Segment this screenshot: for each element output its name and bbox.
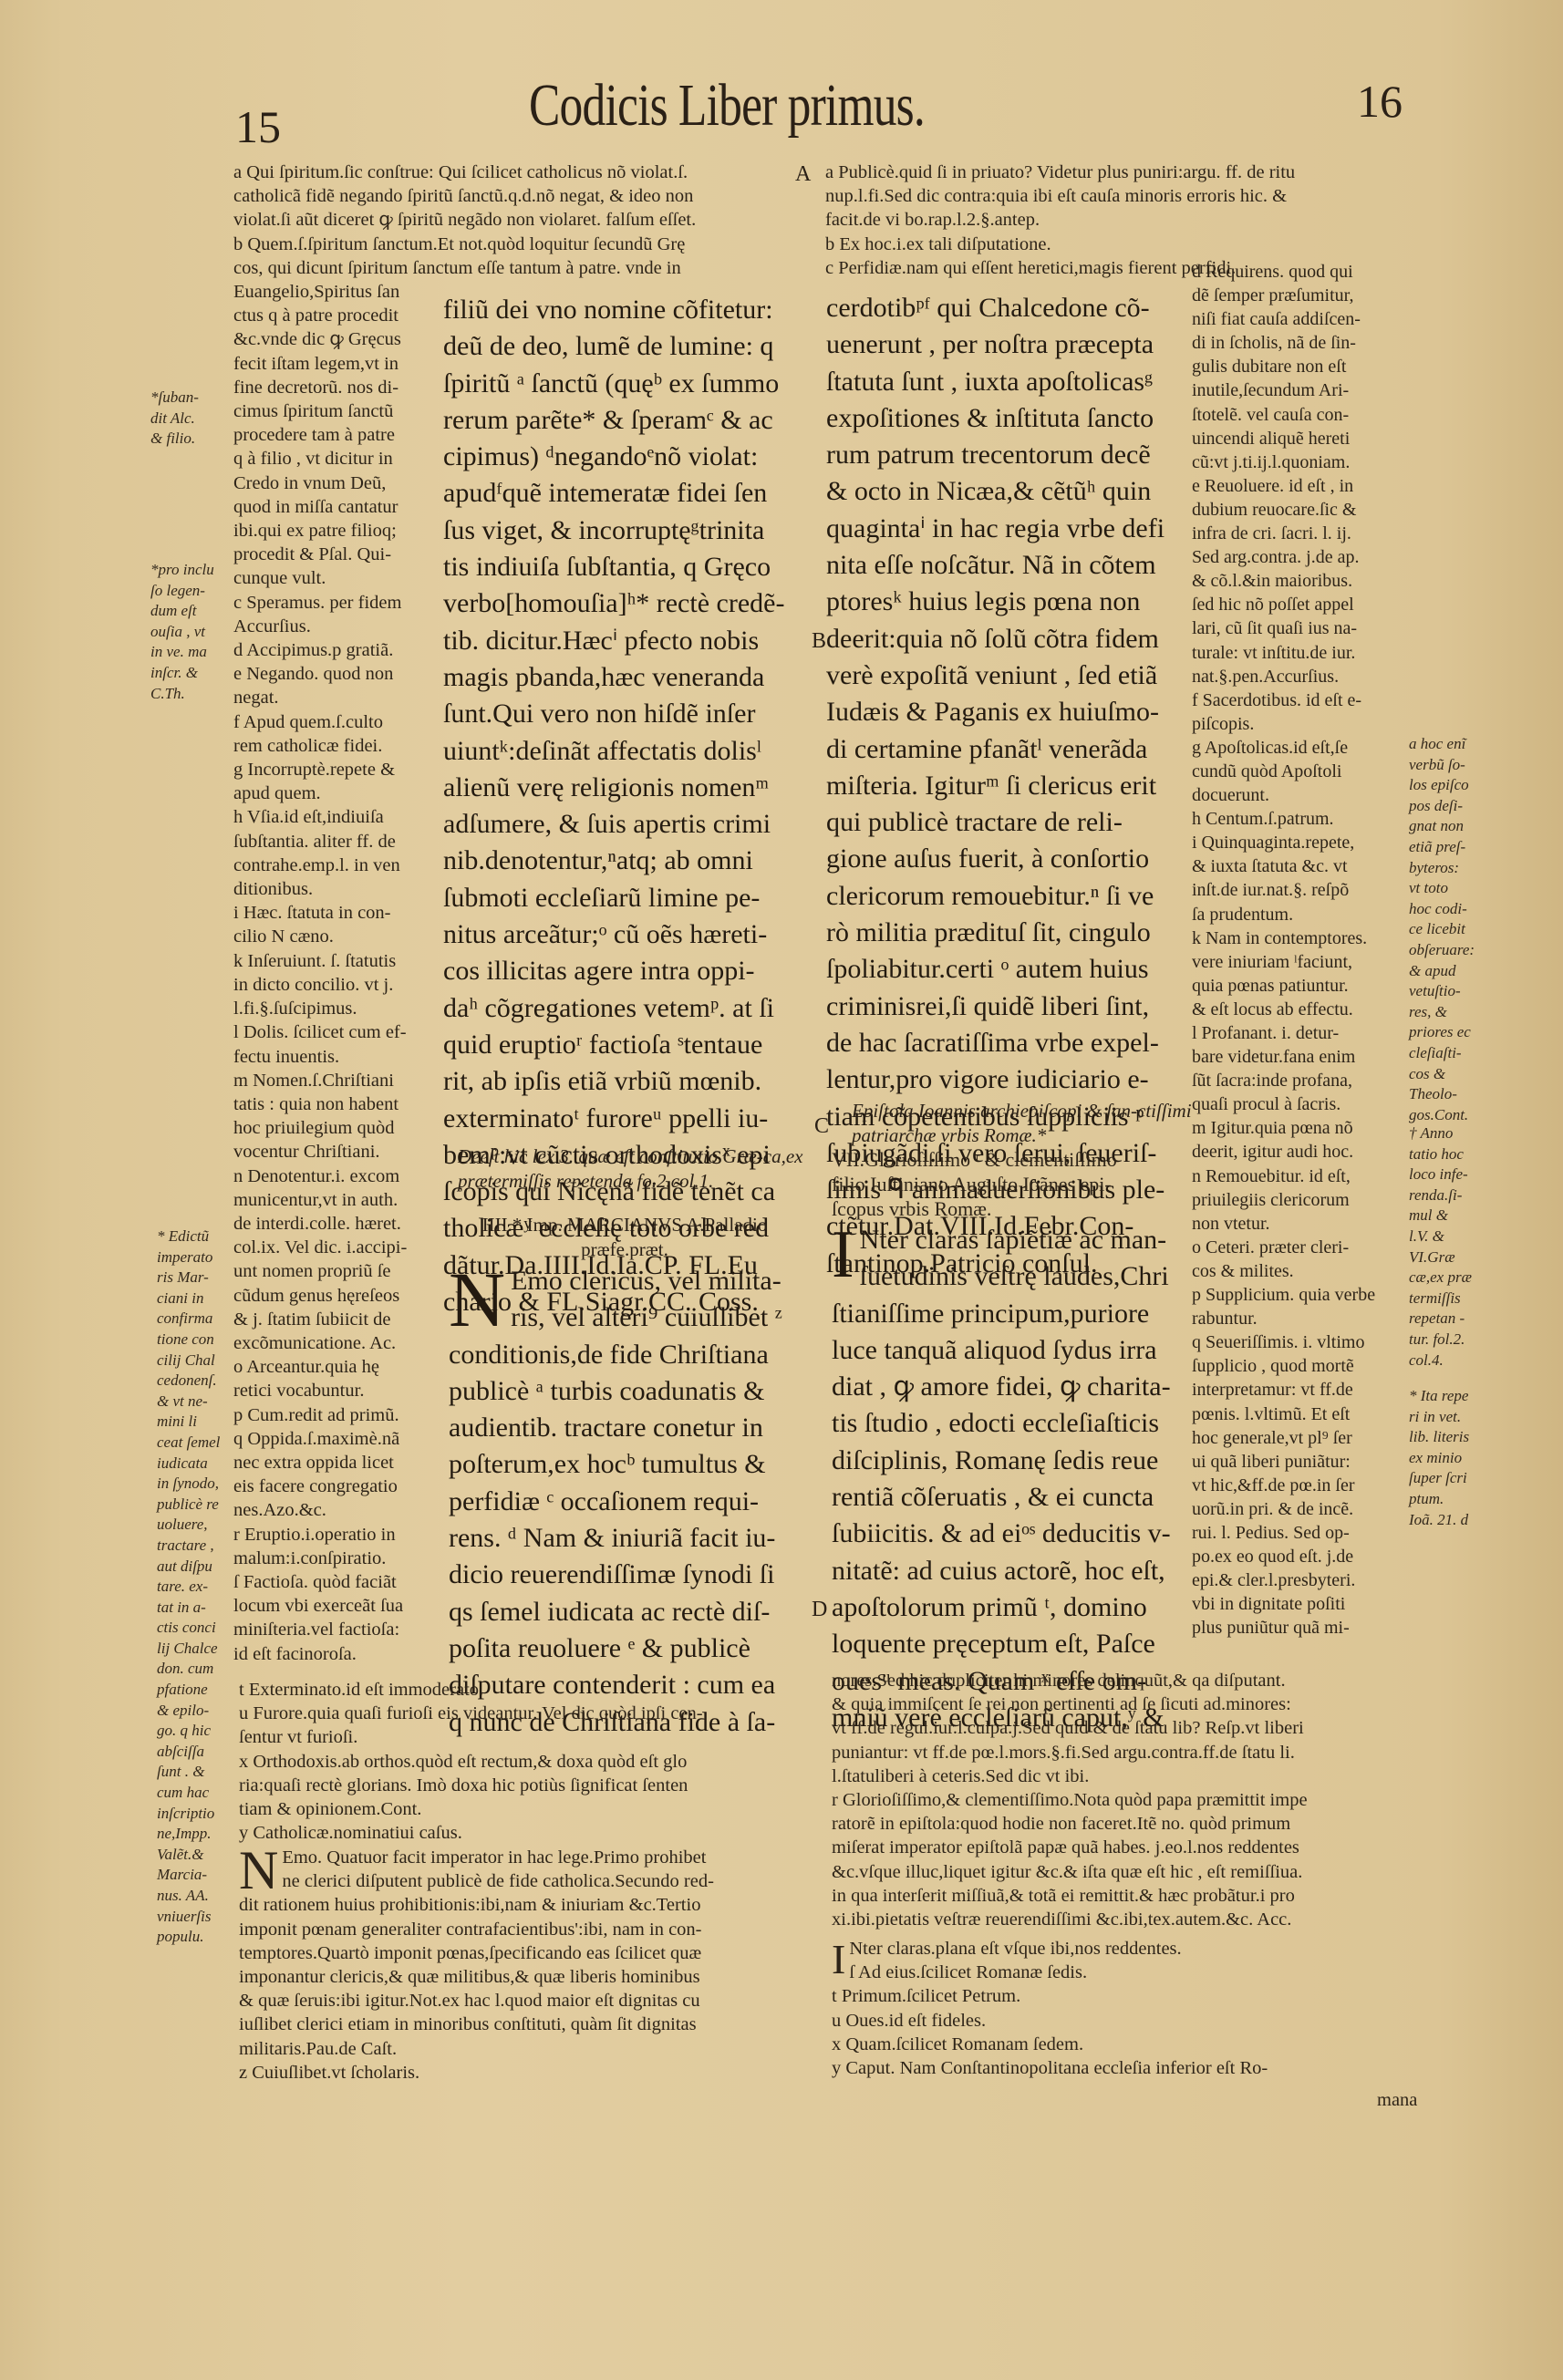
text-line: r Glorioſiſſimo,& clementiſſimo.Nota quò… xyxy=(832,1788,1308,1812)
text-line: conditionis,de fide Chriſtiana xyxy=(449,1337,813,1373)
text-line: publicè ᵃ turbis coadunatis & xyxy=(449,1373,813,1410)
text-line: poſita reuoluere ᵉ & publicè xyxy=(449,1630,813,1667)
text-line: nitatẽ: ad cuius actorẽ, hoc eſt, xyxy=(832,1553,1215,1589)
text-line: priuilegiis clericorum xyxy=(1192,1188,1411,1212)
text-line: quod in miſſa cantatur xyxy=(233,495,443,519)
text-line: nup.l.fi.Sed dic contra:quia ibi eſt cau… xyxy=(825,184,1295,208)
text-line: q Seueriſſimis. i. vltimo xyxy=(1192,1330,1411,1354)
text-line: p Cum.redit ad primũ. xyxy=(233,1403,443,1427)
text-line: IIII.* Imp. MARCIANVS A. xyxy=(482,1214,705,1236)
text-line: Iudæis & Paganis ex huiuſmo- xyxy=(826,694,1209,730)
text-line: † Anno xyxy=(1409,1123,1472,1144)
text-line: Nter claras ſapiẽtiæ ac man- xyxy=(832,1222,1215,1258)
text-line: o Ceteri. præter cleri- xyxy=(1192,1236,1411,1259)
text-line: i Quinquaginta.repete, xyxy=(1192,831,1411,854)
text-line: inutile,ſecundum Ari- xyxy=(1192,378,1411,402)
text-line: excõmunicatione. Ac. xyxy=(233,1331,443,1355)
text-line: temptores.Quartò imponit pœnas,ſpecifica… xyxy=(239,1941,823,1965)
text-line: ſ Ad eius.ſcilicet Romanæ ſedis. xyxy=(832,1961,1415,1984)
text-line: ce licebit xyxy=(1409,919,1475,940)
text-line: ſubſtantia. aliter ff. de xyxy=(233,830,443,854)
text-line: ptum. xyxy=(1409,1489,1469,1510)
text-line: verbo[homouſia]ʰ* rectè credẽ- xyxy=(443,585,808,622)
text-line: & octo in Nicæa,& cẽtũʰ quin xyxy=(826,473,1209,510)
text-line: *pro inclu xyxy=(150,560,214,581)
text-line: ſed hic nõ poſſet appel xyxy=(1192,593,1411,616)
text-line: cos & milites. xyxy=(1192,1259,1411,1283)
text-line: * Ita repe xyxy=(1409,1386,1469,1407)
text-line: vt hic,&ff.de pœ.in ſer xyxy=(1192,1474,1411,1497)
text-line: dit Alc. xyxy=(150,409,199,429)
text-line: cerdotibᵖᶠ qui Chalcedone cõ- xyxy=(826,290,1209,326)
text-line: epi.& cler.l.presbyteri. xyxy=(1192,1568,1411,1592)
text-line: q à filio , vt dicitur in xyxy=(233,447,443,471)
text-line: id eſt facinoroſa. xyxy=(233,1642,443,1666)
folio-number-left: 15 xyxy=(235,100,281,153)
text-line: contrahe.emp.l. in ven xyxy=(233,854,443,877)
text-line: *ſuban- xyxy=(150,388,199,409)
text-line: d Requirens. quod qui xyxy=(1192,260,1411,284)
text-line: diſciplinis, Romanę ſedis reue xyxy=(832,1443,1215,1479)
text-line: uincendi aliquẽ hereti xyxy=(1192,427,1411,450)
text-line: Emo. Quatuor facit imperator in hac lege… xyxy=(239,1846,823,1869)
text-line: Theolo- xyxy=(1409,1084,1475,1105)
text-line: nec extra oppida licet xyxy=(233,1451,443,1475)
text-line: vt ff.de regul.iur.l.culpa.j.Sed quid & … xyxy=(832,1716,1308,1740)
text-line: in ve. ma xyxy=(150,642,214,663)
text-line: vocentur Chriſtiani. xyxy=(233,1140,443,1164)
text-line: VII.Glorioſiſſimo ʳ & clementiſſimo xyxy=(832,1147,1117,1172)
text-line: iudicata xyxy=(157,1454,220,1475)
text-line: publicè re xyxy=(157,1495,220,1516)
text-line: ratorẽ in epiſtola:quod hodie non facere… xyxy=(832,1812,1308,1836)
text-line: eis facere congregatio xyxy=(233,1475,443,1498)
text-line: cos, qui dicunt ſpiritum ſanctum eſſe ta… xyxy=(233,256,696,280)
text-line: m Nomen.ſ.Chriſtiani xyxy=(233,1069,443,1092)
drop-cap-n-gloss: N xyxy=(239,1847,278,1893)
text-line: mini li xyxy=(157,1412,220,1433)
text-line: Euangelio,Spiritus ſan xyxy=(233,280,443,304)
text-line: cũdum genus hęreſeos xyxy=(233,1284,443,1308)
text-line: & iuxta ſtatuta &c. vt xyxy=(1192,854,1411,878)
margin-note-2: *pro incluſo legen-dum eſtouſia , vtin v… xyxy=(150,560,214,704)
text-line: infra de cri. ſacri. l. ij. xyxy=(1192,522,1411,545)
text-line: ditionibus. xyxy=(233,877,443,901)
text-line: vere iniuriam ˡfaciunt, xyxy=(1192,950,1411,974)
margin-note-right-3: * Ita reperi in vet.lib. literisex minio… xyxy=(1409,1386,1469,1530)
section-letter-a: A xyxy=(795,162,811,187)
text-line: ex minio xyxy=(1409,1448,1469,1469)
text-line: municentur,vt in auth. xyxy=(233,1188,443,1212)
text-line: catholicã fidẽ negando ſpiritũ ſanctũ.q.… xyxy=(233,184,696,208)
text-line: perfidiæ ᶜ occaſionem requi- xyxy=(449,1484,813,1520)
text-line: hoc generale,vt pl⁹ ſer xyxy=(1192,1426,1411,1450)
text-line: ria:quaſi rectè glorians. Imò doxa hic p… xyxy=(239,1774,703,1797)
text-line: dẽ ſemper præſumitur, xyxy=(1192,284,1411,307)
text-line: ſũt ſacra:inde profana, xyxy=(1192,1069,1411,1092)
text-line: obſeruare: xyxy=(1409,940,1475,961)
epistle-text-block: I Nter claras ſapiẽtiæ ac man-ſuetudinis… xyxy=(832,1222,1215,1736)
text-line: VI.Græ xyxy=(1409,1247,1472,1268)
text-line: lentur,pro vigore iudiciario e- xyxy=(826,1061,1209,1098)
text-line: deũ de deo, lumẽ de lumine: q xyxy=(443,328,808,365)
text-line: & quia immiſcent ſe rei non pertinenti a… xyxy=(832,1692,1308,1716)
text-line: fecit iſtam legem,vt in xyxy=(233,352,443,376)
text-line: abſciſſa xyxy=(157,1742,220,1763)
text-line: vbi in dignitate poſiti xyxy=(1192,1592,1411,1616)
law-text-block: N Emo clericus, vel milita-ris, vel alte… xyxy=(449,1263,813,1741)
text-line: l Profanant. i. detur- xyxy=(1192,1021,1411,1045)
text-line: ſtotelẽ. vel cauſa con- xyxy=(1192,403,1411,427)
text-line: lari, cũ ſit quaſi ius na- xyxy=(1192,616,1411,640)
text-line: ſupplicio , quod mortẽ xyxy=(1192,1354,1411,1378)
text-line: pos deſi- xyxy=(1409,796,1475,817)
text-line: hoc codi- xyxy=(1409,899,1475,920)
text-line: i Hæc. ſtatuta in con- xyxy=(233,901,443,925)
text-line: luce tanquã aliquod ſydus irra xyxy=(832,1332,1215,1369)
text-line: uiuntᵏ:deſinãt affectatis dolisˡ xyxy=(443,733,808,770)
text-line: malum:i.conſpiratio. xyxy=(233,1547,443,1570)
text-line: tat in a- xyxy=(157,1598,220,1619)
text-line: ciani in xyxy=(157,1288,220,1309)
text-line: po.ex eo quod eſt. j.de xyxy=(1192,1545,1411,1568)
text-line: cundũ quòd Apoſtoli xyxy=(1192,760,1411,783)
text-line: &c.vſque illuc,liquet igitur &c.& iſta q… xyxy=(832,1860,1308,1884)
text-line: ſpiritũ ᵃ ſanctũ (quęᵇ ex ſummo xyxy=(443,366,808,402)
text-line: tare. ex- xyxy=(157,1577,220,1598)
text-line: nores.Sed hic dupliciter hi minores deli… xyxy=(832,1669,1308,1692)
text-line: loco infe- xyxy=(1409,1164,1472,1185)
text-line: dit rationem huius prohibitionis:ibi,nam… xyxy=(239,1893,823,1917)
text-line: nes.Azo.&c. xyxy=(233,1498,443,1522)
text-line: ſ Factioſa. quòd faciãt xyxy=(233,1570,443,1594)
left-gloss-top: a Qui ſpiritum.ſic conſtrue: Qui ſcilice… xyxy=(233,160,696,280)
text-line: Credo in vnum Deũ, xyxy=(233,471,443,495)
text-line: & quæ ſeruis:ibi igitur.Not.ex hac l.quo… xyxy=(239,1989,823,2013)
text-line: y Caput. Nam Conſtantinopolitana eccleſi… xyxy=(832,2056,1415,2080)
text-line: uenerunt , per noſtra præcepta xyxy=(826,326,1209,363)
text-line: don. cum xyxy=(157,1659,220,1680)
text-line: gione auſus fuerit, à conſortio xyxy=(826,841,1209,877)
text-line: t Primum.ſcilicet Petrum. xyxy=(832,1984,1415,2008)
text-line: cunque vult. xyxy=(233,566,443,590)
gloss-bottom-para-text: Emo. Quatuor facit imperator in hac lege… xyxy=(239,1846,823,2085)
text-line: facit.de vi bo.rap.l.2.§.antep. xyxy=(825,208,1295,232)
text-line: ſuetudinis veſtrę laudes,Chri xyxy=(832,1258,1215,1295)
text-line: piſcopis. xyxy=(1192,712,1411,736)
text-line: x Orthodoxis.ab orthos.quòd eſt rectum,&… xyxy=(239,1750,703,1774)
text-line: l.ſtatuliberi à ceteris.Sed dic vt ibi. xyxy=(832,1764,1308,1788)
running-title: Codicis Liber primus. xyxy=(529,71,925,140)
text-line: in ſynodo, xyxy=(157,1474,220,1495)
text-line: violat.ſi aũt diceret ꝙ ſpiritũ negãdo n… xyxy=(233,208,696,232)
text-line: procedere tam à patre xyxy=(233,423,443,447)
text-line: ſa prudentum. xyxy=(1192,903,1411,926)
text-line: imponit pœnam generaliter contrafacienti… xyxy=(239,1918,823,1941)
text-line: gulis dubitare non eſt xyxy=(1192,355,1411,378)
law-heading: IIII.* Imp. MARCIANVS A.Palladio præfe.p… xyxy=(447,1213,802,1262)
text-line: ſus viget, & incorruptęᵍtrinita xyxy=(443,512,808,549)
text-line: procedit & Pſal. Qui- xyxy=(233,543,443,566)
folio-number-right: 16 xyxy=(1357,75,1403,128)
text-line: uoluere, xyxy=(157,1515,220,1536)
text-line: de hac ſacratiſſima vrbe expel- xyxy=(826,1025,1209,1061)
text-line: alienũ verę religionis nomenᵐ xyxy=(443,770,808,806)
text-line: expoſitiones & inſtituta ſancto xyxy=(826,400,1209,437)
text-line: inſcr. & xyxy=(150,663,214,684)
text-line: clericorum remouebitur.ⁿ ſi ve xyxy=(826,878,1209,915)
text-line: miniſteria.vel factioſa: xyxy=(233,1618,443,1641)
text-line: u Furore.quia quaſi furioſi eis videantu… xyxy=(239,1702,703,1725)
text-line: quid eruptioʳ factioſa ˢtentaue xyxy=(443,1027,808,1063)
text-line: byteros: xyxy=(1409,858,1475,879)
text-line: x Quam.ſcilicet Romanam ſedem. xyxy=(832,2033,1415,2056)
text-line: fine decretorũ. nos di- xyxy=(233,376,443,399)
text-line: populu. xyxy=(157,1927,220,1948)
text-line: Deeſt hic lex 3. quæ eſt conſtitutio Græ… xyxy=(458,1145,763,1167)
text-line: & epilo- xyxy=(157,1701,220,1722)
drop-cap-n: N xyxy=(449,1267,505,1332)
text-line: m Igitur.quia pœna nõ xyxy=(1192,1116,1411,1140)
text-line: imperato xyxy=(157,1247,220,1268)
text-line: ibi.qui ex patre filioq; xyxy=(233,519,443,543)
text-line: pfatione xyxy=(157,1680,220,1701)
text-line: &c.vnde dic ꝙ Gręcus xyxy=(233,327,443,351)
left-gloss-bottom-para: N Emo. Quatuor facit imperator in hac le… xyxy=(239,1846,823,2085)
text-line: ſentur vt furioſi. xyxy=(239,1725,703,1749)
text-line: rit, ab ipſis etiã vrbiũ mœnib. xyxy=(443,1063,808,1100)
text-line: ptoresᵏ huius legis pœna non xyxy=(826,584,1209,620)
text-line: ri in vet. xyxy=(1409,1407,1469,1428)
text-line: puniantur: vt ff.de pœ.l.mors.§.fi.Sed a… xyxy=(832,1741,1308,1764)
text-line: q Oppida.ſ.maximè.nã xyxy=(233,1427,443,1451)
text-line: non vtetur. xyxy=(1192,1212,1411,1236)
text-line: di certamine pfanãtˡ venerãda xyxy=(826,731,1209,768)
text-line: ne,Impp. xyxy=(157,1824,220,1845)
text-line: uorũ.in pri. & de incẽ. xyxy=(1192,1497,1411,1521)
text-line: niſi fiat cauſa addiſcen- xyxy=(1192,307,1411,331)
text-line: ouſia , vt xyxy=(150,622,214,643)
text-line: o Arceantur.quia hę xyxy=(233,1355,443,1379)
text-line: confirma xyxy=(157,1309,220,1330)
text-line: & cõ.l.&in maioribus. xyxy=(1192,569,1411,593)
right-gloss-bottom-tail: I Nter claras.plana eſt vſque ibi,nos re… xyxy=(832,1937,1415,2080)
text-line: l.V. & xyxy=(1409,1226,1472,1247)
text-line: poſterum,ex hocᵇ tumultus & xyxy=(449,1446,813,1483)
text-line: priores ec xyxy=(1409,1022,1475,1043)
text-line: termiſſis xyxy=(1409,1288,1472,1309)
text-line: cilij Chal xyxy=(157,1350,220,1371)
text-line: e Negando. quod non xyxy=(233,662,443,686)
text-line: apudᶠquẽ intemeratæ fidei ſen xyxy=(443,475,808,512)
text-line: vetuſtio- xyxy=(1409,981,1475,1002)
catchword: mana xyxy=(1377,2088,1417,2112)
text-line: deerit, igitur audi hoc. xyxy=(1192,1140,1411,1164)
margin-note-1: *ſuban-dit Alc.& filio. xyxy=(150,388,199,450)
text-line: c Speramus. per fidem xyxy=(233,591,443,615)
text-line: Sed arg.contra. j.de ap. xyxy=(1192,545,1411,569)
text-line: h Vſia.id eſt,indiuiſa xyxy=(233,805,443,829)
text-line: gnat non xyxy=(1409,816,1475,837)
text-line: rem catholicæ fidei. xyxy=(233,734,443,758)
gloss-bottom-tail-text: Nter claras.plana eſt vſque ibi,nos redd… xyxy=(832,1937,1415,2080)
text-line: tis indiuiſa ſubſtantia, q Gręco xyxy=(443,549,808,585)
left-gloss-column: Euangelio,Spiritus ſanctus q à patre pro… xyxy=(233,280,443,1666)
text-line: inſcriptio xyxy=(157,1804,220,1825)
text-line: repetan - xyxy=(1409,1309,1472,1330)
text-line: negat. xyxy=(233,686,443,709)
text-line: mul & xyxy=(1409,1206,1472,1226)
text-line: miſerat imperator epiſtolã papæ quã habe… xyxy=(832,1836,1308,1859)
drop-cap-i: I xyxy=(832,1226,854,1284)
text-line: f Apud quem.ſ.culto xyxy=(233,710,443,734)
text-line: l.fi.§.ſuſcipimus. xyxy=(233,997,443,1020)
text-line: in dicto concilio. vt j. xyxy=(233,973,443,997)
text-line: rò militia prædituſ ſit, cingulo xyxy=(826,915,1209,951)
text-line: Nter claras.plana eſt vſque ibi,nos redd… xyxy=(832,1937,1415,1961)
text-line: nita eſſe noſcãtur. Nã in cõtem xyxy=(826,547,1209,584)
epistle-text: Nter claras ſapiẽtiæ ac man-ſuetudinis v… xyxy=(832,1222,1215,1736)
section-letter-d: D xyxy=(812,1598,827,1622)
text-line: cũ:vt j.ti.ij.l.quoniam. xyxy=(1192,450,1411,474)
epistle-heading: Epiſtola Ioannis archiepiſcopi & ſan-cti… xyxy=(852,1099,1216,1148)
text-line: tione con xyxy=(157,1330,220,1350)
text-line: de interdi.colle. hæret. xyxy=(233,1212,443,1236)
text-line: etiã preſ- xyxy=(1409,837,1475,858)
text-line: retici vocabuntur. xyxy=(233,1379,443,1402)
text-line: dum eſt xyxy=(150,601,214,622)
text-line: tis ſtudio , edocti eccleſiaſticis xyxy=(832,1405,1215,1442)
text-line: apud quem. xyxy=(233,781,443,805)
text-line: Epiſtola Ioannis archiepiſcopi & ſan- xyxy=(852,1100,1137,1122)
text-line: deerit:quia nõ ſolũ cõtra fidem xyxy=(826,621,1209,657)
text-line: col.ix. Vel dic. i.accipi- xyxy=(233,1236,443,1259)
text-line: in qua interſerit miſſiuã,& totã ei remi… xyxy=(832,1884,1308,1908)
text-line: audientib. tractare conetur in xyxy=(449,1410,813,1446)
text-line: lib. literis xyxy=(1409,1427,1469,1448)
text-line: adſumere, & ſuis apertis crimi xyxy=(443,806,808,843)
text-line: tatis : quia non habent xyxy=(233,1092,443,1116)
text-line: z Cuiuſlibet.vt ſcholaris. xyxy=(239,2061,823,2085)
text-line: Accurſius. xyxy=(233,615,443,638)
drop-cap-i-gloss: I xyxy=(832,1939,845,1981)
text-line: renda.ſi- xyxy=(1409,1185,1472,1206)
text-line: cilio N cæno. xyxy=(233,925,443,948)
text-line: ſubmoti eccleſiarũ limine pe- xyxy=(443,880,808,916)
text-line: nitus arceãtur;ᵒ cũ oẽs hæreti- xyxy=(443,916,808,953)
text-line: daʰ cõgregationes vetemᵖ. at ſi xyxy=(443,990,808,1027)
text-line: ſunt.Qui vero non hiſdẽ inſer xyxy=(443,696,808,732)
text-line: iuſlibet clerici etiam in minoribus conſ… xyxy=(239,2013,823,2036)
text-line: hoc priuilegium quòd xyxy=(233,1116,443,1140)
text-line: unt nomen propriũ ſe xyxy=(233,1259,443,1283)
text-line: di in ſcholis, nã de ſin- xyxy=(1192,331,1411,355)
text-line: go. q hic xyxy=(157,1721,220,1742)
left-gloss-bottom: t Exterminato.id eſt immoderato.u Furore… xyxy=(239,1678,703,1845)
omission-note: Deeſt hic lex 3. quæ eſt conſtitutio Græ… xyxy=(458,1144,804,1194)
text-line: r Eruptio.i.operatio in xyxy=(233,1523,443,1547)
text-line: ceat ſemel xyxy=(157,1433,220,1454)
text-line: h Centum.ſ.patrum. xyxy=(1192,807,1411,831)
text-line: locum vbi exerceãt ſua xyxy=(233,1594,443,1618)
text-line: loquente pręceptum eſt, Paſce xyxy=(832,1626,1215,1662)
text-line: & eſt locus ab effectu. xyxy=(1192,998,1411,1021)
text-line: diat , ꝙ amore fidei, ꝙ charita- xyxy=(832,1369,1215,1405)
text-line: inſt.de iur.nat.§. reſpõ xyxy=(1192,878,1411,902)
text-line: tatio hoc xyxy=(1409,1144,1472,1165)
text-line: ſtianiſſime principum,puriore xyxy=(832,1296,1215,1332)
text-line: f Sacerdotibus. id eſt e- xyxy=(1192,688,1411,712)
text-line: C.Th. xyxy=(150,684,214,705)
text-line: ne clerici diſputent publicè de fide cat… xyxy=(239,1869,823,1893)
text-line: tractare , xyxy=(157,1536,220,1557)
text-line: g Incorruptè.repete & xyxy=(233,758,443,781)
text-line: ſpoliabitur.certi ᵒ autem huius xyxy=(826,951,1209,988)
text-line: Valẽt.& xyxy=(157,1845,220,1866)
text-line: cos & xyxy=(1409,1064,1475,1085)
text-line: miſteria. Igiturᵐ ſi clericus erit xyxy=(826,768,1209,804)
text-line: & apud xyxy=(1409,961,1475,982)
epistle-intro: VII.Glorioſiſſimo ʳ & clementiſſimofilio… xyxy=(832,1147,1117,1221)
text-line: lij Chalce xyxy=(157,1639,220,1660)
text-line: magis pbanda,hæc veneranda xyxy=(443,659,808,696)
text-line: filio Iuſtiniano Auguſto Ioãnes epi- xyxy=(832,1172,1117,1196)
text-line: & j. ſtatim ſubiicit de xyxy=(233,1308,443,1331)
text-line: criminisrei,ſi quidẽ liberi ſint, xyxy=(826,988,1209,1025)
text-line: d Accipimus.p gratiã. xyxy=(233,638,443,662)
text-line: cleſiaſti- xyxy=(1409,1043,1475,1064)
text-line: a Qui ſpiritum.ſic conſtrue: Qui ſcilice… xyxy=(233,160,696,184)
right-gloss-bottom: nores.Sed hic dupliciter hi minores deli… xyxy=(832,1669,1308,1931)
text-line: nus. AA. xyxy=(157,1886,220,1907)
text-line: cos illicitas agere intra oppi- xyxy=(443,953,808,989)
text-line: u Oues.id eſt fideles. xyxy=(832,2009,1415,2033)
text-line: dubium reuocare.ſic & xyxy=(1192,498,1411,522)
text-line: quaſi procul à ſacris. xyxy=(1192,1092,1411,1116)
text-line: plus puniũtur quã mi- xyxy=(1192,1616,1411,1640)
text-line: y Catholicæ.nominatiui caſus. xyxy=(239,1821,703,1845)
text-line: Marcia- xyxy=(157,1865,220,1886)
text-line: ctus q à patre procedit xyxy=(233,304,443,327)
text-line: a hoc enĩ xyxy=(1409,734,1475,755)
right-gloss-column: d Requirens. quod quidẽ ſemper præſumitu… xyxy=(1192,260,1411,1640)
text-line: vniuerſis xyxy=(157,1907,220,1928)
text-line: filiũ dei vno nomine cõfitetur: xyxy=(443,292,808,328)
text-line: ſubiicitis. & ad eiᵒˢ deducitis v- xyxy=(832,1516,1215,1552)
text-line: quia pœnas patiuntur. xyxy=(1192,974,1411,998)
text-line: l Dolis. ſcilicet cum ef- xyxy=(233,1020,443,1044)
text-line: vt toto xyxy=(1409,878,1475,899)
text-line: rens. ᵈ Nam & iniuriã facit iu- xyxy=(449,1520,813,1557)
text-line: cimus ſpiritum ſanctũ xyxy=(233,399,443,423)
text-line: & vt ne- xyxy=(157,1392,220,1412)
text-line: aut diſpu xyxy=(157,1557,220,1578)
text-line: ris Mar- xyxy=(157,1268,220,1288)
text-line: tiam & opinionem.Cont. xyxy=(239,1797,703,1821)
text-line: g Apoſtolicas.id eſt,ſe xyxy=(1192,736,1411,760)
text-line: docuerunt. xyxy=(1192,783,1411,807)
text-line: exterminatoᵗ furoreᵘ ppelli iu- xyxy=(443,1101,808,1137)
text-line: imponantur clericis,& quæ militibus,& qu… xyxy=(239,1965,823,1989)
text-line: e Reuoluere. id eſt , in xyxy=(1192,474,1411,498)
section-letter-b: B xyxy=(812,629,826,654)
text-line: cipimus) ᵈnegandoᵉnõ violat: xyxy=(443,439,808,475)
text-line: rabuntur. xyxy=(1192,1307,1411,1330)
text-line: * Edictũ xyxy=(157,1226,220,1247)
text-line: n Remouebitur. id eſt, xyxy=(1192,1164,1411,1188)
text-line: nat.§.pen.Accurſius. xyxy=(1192,665,1411,688)
text-line: ui quã liberi puniãtur: xyxy=(1192,1450,1411,1474)
